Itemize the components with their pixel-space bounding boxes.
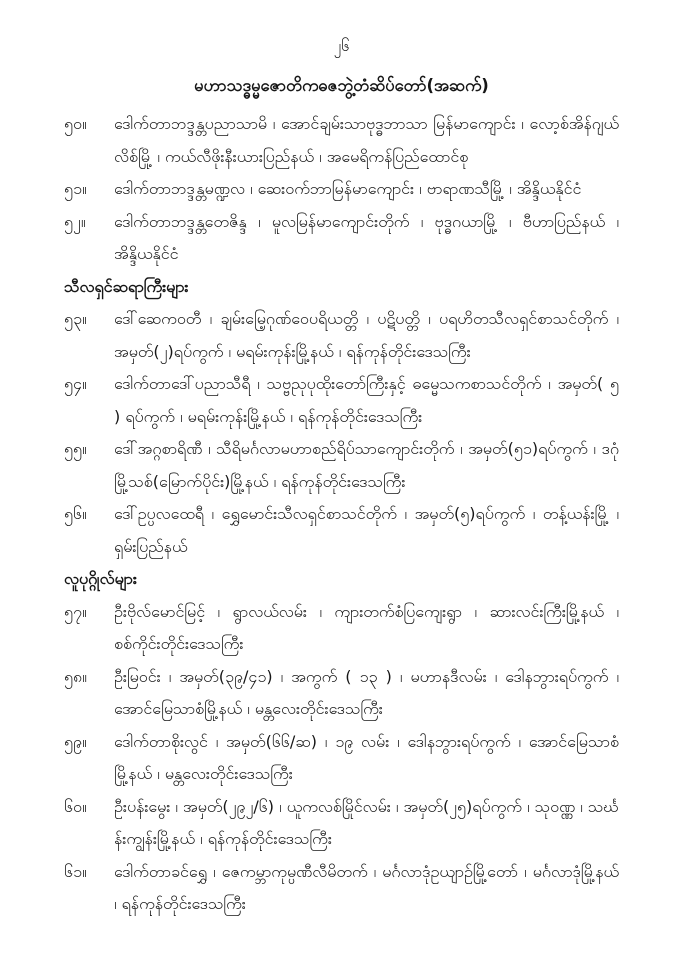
list-item: ၅၂။ ဒေါက်တာဘဒ္ဒန္တတေဇိန္ဒ ၊ မူလမြန်မာကျေ… xyxy=(64,206,619,271)
list-item: ၅၆။ ဒေါ်ဥပ္ပလထေရီ ၊ ရွှေမောင်းသီလရှင်စာသ… xyxy=(64,498,619,563)
item-number: ၅၄။ xyxy=(64,368,114,401)
list-item: ၅၀။ ဒေါက်တာဘဒ္ဒန္တပညာသာမိ ၊ အောင်ချမ်းသာ… xyxy=(64,108,619,173)
item-text: ဒေါက်တာဘဒ္ဒန္တတေဇိန္ဒ ၊ မူလမြန်မာကျောင်း… xyxy=(114,206,619,271)
list-item: ၆၁။ ဒေါက်တာခင်ရွှေ ၊ ဇေကမ္ဘာကုမ္ပဏီလီမိတ… xyxy=(64,856,619,921)
item-text: ဒေါက်တာစိုးလွင် ၊ အမှတ်(၆၆/ဆ) ၊ ၁၉ လမ်း … xyxy=(114,726,619,791)
item-text: ဒေါက်တာဒေါ်ပညာသီရီ ၊ သဗ္ဗညုပုထိုးတော်ကြီ… xyxy=(114,368,619,433)
item-number: ၆၀။ xyxy=(64,791,114,824)
item-text: ဒေါက်တာခင်ရွှေ ၊ ဇေကမ္ဘာကုမ္ပဏီလီမိတက် ၊… xyxy=(114,856,619,921)
item-text: ဒေါ်ဆေကဝတီ ၊ ချမ်းမြေ့ဂုဏ်ဝေပရိယတ္တိ ၊ ပ… xyxy=(114,303,619,368)
item-number: ၅၁။ xyxy=(64,173,114,206)
item-number: ၆၁။ xyxy=(64,856,114,889)
list-item: ၆၀။ ဦးပန်းမွေး ၊ အမှတ်(၂၉၂/၆) ၊ ယူကလစ်မြ… xyxy=(64,791,619,856)
section-header-lay-persons: လူပုဂ္ဂိုလ်များ xyxy=(64,563,619,596)
item-number: ၅၇။ xyxy=(64,596,114,629)
list-item: ၅၇။ ဦးဗိုလ်မောင်မြင့် ၊ ရွာလယ်လမ်း ၊ ကျာ… xyxy=(64,596,619,661)
list-item: ၅၃။ ဒေါ်ဆေကဝတီ ၊ ချမ်းမြေ့ဂုဏ်ဝေပရိယတ္တိ… xyxy=(64,303,619,368)
page-title: မဟာသဒ္ဓမ္မဇောတိကဓဇဘွဲ့တံဆိပ်တော်(အဆက်) xyxy=(64,72,619,100)
list-item: ၅၁။ ဒေါက်တာဘဒ္ဒန္တမဏ္ဍလ ၊ ဆေးဝက်ဘာမြန်မာ… xyxy=(64,173,619,206)
list-item: ၅၉။ ဒေါက်တာစိုးလွင် ၊ အမှတ်(၆၆/ဆ) ၊ ၁၉ လ… xyxy=(64,726,619,791)
list-item: ၅၅။ ဒေါ်အဂ္ဂစာရိဏီ ၊ သီရိမင်္ဂလာမဟာစည်ရိ… xyxy=(64,433,619,498)
item-text: ဒေါက်တာဘဒ္ဒန္တမဏ္ဍလ ၊ ဆေးဝက်ဘာမြန်မာကျော… xyxy=(114,173,619,206)
list-item: ၅၈။ ဦးမြဝင်း ၊ အမှတ်(၃၉/၄၁) ၊ အကွက် ( ၁၃… xyxy=(64,661,619,726)
item-text: ဒေါ်ဥပ္ပလထေရီ ၊ ရွှေမောင်းသီလရှင်စာသင်တိ… xyxy=(114,498,619,563)
item-number: ၅၆။ xyxy=(64,498,114,531)
item-text: ဒေါက်တာဘဒ္ဒန္တပညာသာမိ ၊ အောင်ချမ်းသာဗုဒ္… xyxy=(114,108,619,173)
award-recipient-list: ၅၀။ ဒေါက်တာဘဒ္ဒန္တပညာသာမိ ၊ အောင်ချမ်းသာ… xyxy=(64,108,619,921)
item-text: ဒေါ်အဂ္ဂစာရိဏီ ၊ သီရိမင်္ဂလာမဟာစည်ရိပ်သာ… xyxy=(114,433,619,498)
item-number: ၅၈။ xyxy=(64,661,114,694)
item-number: ၅၉။ xyxy=(64,726,114,759)
list-item: ၅၄။ ဒေါက်တာဒေါ်ပညာသီရီ ၊ သဗ္ဗညုပုထိုးတော… xyxy=(64,368,619,433)
page-number: ၂၆ xyxy=(64,34,619,58)
document-page: ၂၆ မဟာသဒ္ဓမ္မဇောတိကဓဇဘွဲ့တံဆိပ်တော်(အဆက်… xyxy=(0,0,679,960)
item-text: ဦးဗိုလ်မောင်မြင့် ၊ ရွာလယ်လမ်း ၊ ကျားတက်… xyxy=(114,596,619,661)
item-text: ဦးမြဝင်း ၊ အမှတ်(၃၉/၄၁) ၊ အကွက် ( ၁၃ ) ၊… xyxy=(114,661,619,726)
item-number: ၅၂။ xyxy=(64,206,114,239)
section-header-nun-teachers: သီလရှင်ဆရာကြီးများ xyxy=(64,271,619,304)
item-number: ၅၃။ xyxy=(64,303,114,336)
item-number: ၅၅။ xyxy=(64,433,114,466)
item-number: ၅၀။ xyxy=(64,108,114,141)
item-text: ဦးပန်းမွေး ၊ အမှတ်(၂၉၂/၆) ၊ ယူကလစ်မြိုင်… xyxy=(114,791,619,856)
